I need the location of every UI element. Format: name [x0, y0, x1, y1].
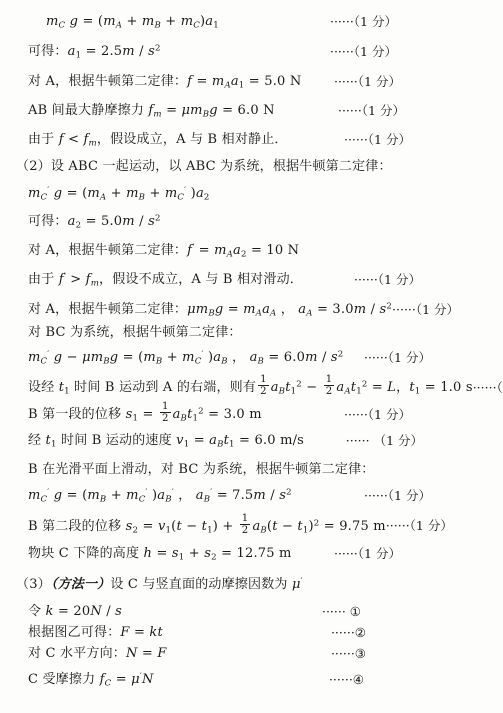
score-marker: ······②	[331, 623, 497, 643]
score-marker: ······（1 分）	[344, 405, 497, 425]
line-content: C 受摩擦力 fC = μ′N	[28, 670, 154, 690]
solution-line: B 在光滑平面上滑动，对 BC 为系统，根据牛顿第二定律：	[0, 460, 497, 480]
solution-line: B 第二段的位移 s2 = v1(t − t1) + 12aB(t − t1)2…	[0, 515, 497, 538]
line-content: 由于 f < fm，假设成立，A 与 B 相对静止．	[28, 130, 288, 150]
line-content: 由于 f′ > fm，假设不成立，A 与 B 相对滑动．	[28, 270, 303, 290]
line-content: 可得：a1 = 2.5m / s2	[28, 42, 161, 62]
solution-line: 对 BC 为系统，根据牛顿第二定律：	[0, 323, 497, 343]
score-marker: ······ （1 分）	[346, 431, 497, 451]
score-marker: ······（1 分）	[330, 42, 497, 62]
line-content: 可得：a2 = 5.0m / s2	[28, 212, 161, 232]
line-content: 对 A，根据牛顿第二定律：f = mAa1 = 5.0 N	[28, 72, 301, 92]
solution-lines: mC g = (mA + mB + mC)a1······（1 分）可得：a1 …	[0, 12, 497, 690]
solution-line: 令 k = 20N / s······ ①	[0, 602, 497, 622]
solution-line: 对 C 水平方向：N = F······③	[0, 644, 497, 664]
line-content: 根据图乙可得：F = kt	[28, 623, 163, 643]
solution-line: 由于 f < fm，假设成立，A 与 B 相对静止．······（1 分）	[0, 130, 497, 150]
line-content: B 在光滑平面上滑动，对 BC 为系统，根据牛顿第二定律：	[28, 460, 375, 480]
line-content: AB 间最大静摩擦力 fm = μmBg = 6.0 N	[28, 101, 275, 121]
line-content: mC′ g = (mA + mB + mC′ )a2	[28, 184, 210, 204]
solution-line: mC g = (mA + mB + mC)a1······（1 分）	[0, 12, 497, 32]
line-content: mC g = (mA + mB + mC)a1	[46, 12, 219, 32]
solution-line: 对 A，根据牛顿第二定律：μmBg = mAaA ， aA = 3.0m / s…	[0, 300, 497, 320]
line-content: （2）设 ABC 一起运动，以 ABC 为系统，根据牛顿第二定律：	[16, 157, 392, 177]
line-content: 对 A，根据牛顿第二定律：f′ = mAa2 = 10 N	[28, 241, 299, 261]
line-content: B 第一段的位移 s1 = 12aBt12 = 3.0 m	[28, 403, 262, 426]
solution-line: 根据图乙可得：F = kt······②	[0, 623, 497, 643]
line-content: （3）（方法一）设 C 与竖直面的动摩擦因数为 μ′	[16, 575, 303, 595]
solution-line: mC′ g = (mB + mC′ )aB′ ， aB′ = 7.5m / s2…	[0, 486, 497, 506]
line-content: 设经 t1 时间 B 运动到 A 的右端，则有12aBt12 − 12aAt12…	[28, 376, 473, 399]
score-marker: ······（1 分）	[330, 12, 497, 32]
solution-line: 对 A，根据牛顿第二定律：f = mAa1 = 5.0 N······（1 分）	[0, 72, 497, 92]
solution-line: 经 t1 时间 B 运动的速度 v1 = aBt1 = 6.0 m/s·····…	[0, 431, 497, 451]
line-content: 对 BC 为系统，根据牛顿第二定律：	[28, 323, 242, 343]
score-marker: ······（1 分）	[473, 378, 503, 398]
answer-sheet-page: mC g = (mA + mB + mC)a1······（1 分）可得：a1 …	[0, 0, 503, 713]
score-marker: ······（1 分）	[344, 130, 497, 150]
score-marker: ······（1 分）	[334, 544, 497, 564]
score-marker: ······（1 分）	[354, 270, 497, 290]
line-content: 对 A，根据牛顿第二定律：μmBg = mAaA ， aA = 3.0m / s…	[28, 300, 392, 320]
line-content: 令 k = 20N / s	[28, 602, 122, 622]
score-marker: ······（1 分）	[364, 486, 497, 506]
solution-line: 物块 C 下降的高度 h = s1 + s2 = 12.75 m······（1…	[0, 544, 497, 564]
solution-line: 由于 f′ > fm，假设不成立，A 与 B 相对滑动．······（1 分）	[0, 270, 497, 290]
solution-line: 可得：a2 = 5.0m / s2	[0, 212, 497, 232]
line-content: B 第二段的位移 s2 = v1(t − t1) + 12aB(t − t1)2…	[28, 515, 386, 538]
score-marker: ······（1 分）	[392, 300, 503, 320]
score-marker: ······（1 分）	[386, 516, 503, 536]
solution-line: 设经 t1 时间 B 运动到 A 的右端，则有12aBt12 − 12aAt12…	[0, 376, 497, 399]
score-marker: ······（1 分）	[334, 72, 497, 92]
line-content: 对 C 水平方向：N = F	[28, 644, 167, 664]
solution-line: mC′ g − μmBg = (mB + mC′ )aB ， aB = 6.0m…	[0, 348, 497, 368]
score-marker: ······③	[331, 644, 497, 664]
solution-line: mC′ g = (mA + mB + mC′ )a2	[0, 184, 497, 204]
line-content: 经 t1 时间 B 运动的速度 v1 = aBt1 = 6.0 m/s	[28, 431, 304, 451]
line-content: mC′ g = (mB + mC′ )aB′ ， aB′ = 7.5m / s2	[28, 486, 292, 506]
line-content: mC′ g − μmBg = (mB + mC′ )aB ， aB = 6.0m…	[28, 348, 343, 368]
solution-line: AB 间最大静摩擦力 fm = μmBg = 6.0 N······（1 分）	[0, 101, 497, 121]
solution-line: 可得：a1 = 2.5m / s2······（1 分）	[0, 42, 497, 62]
line-content: 物块 C 下降的高度 h = s1 + s2 = 12.75 m	[28, 544, 292, 564]
solution-line: C 受摩擦力 fC = μ′N······④	[0, 670, 497, 690]
solution-line: B 第一段的位移 s1 = 12aBt12 = 3.0 m······（1 分）	[0, 403, 497, 426]
score-marker: ······（1 分）	[364, 348, 497, 368]
score-marker: ······（1 分）	[338, 101, 497, 121]
solution-line: （2）设 ABC 一起运动，以 ABC 为系统，根据牛顿第二定律：	[0, 157, 497, 177]
solution-line: 对 A，根据牛顿第二定律：f′ = mAa2 = 10 N	[0, 241, 497, 261]
solution-line: （3）（方法一）设 C 与竖直面的动摩擦因数为 μ′	[0, 575, 497, 595]
score-marker: ······④	[329, 670, 497, 690]
score-marker: ······ ①	[322, 602, 497, 622]
